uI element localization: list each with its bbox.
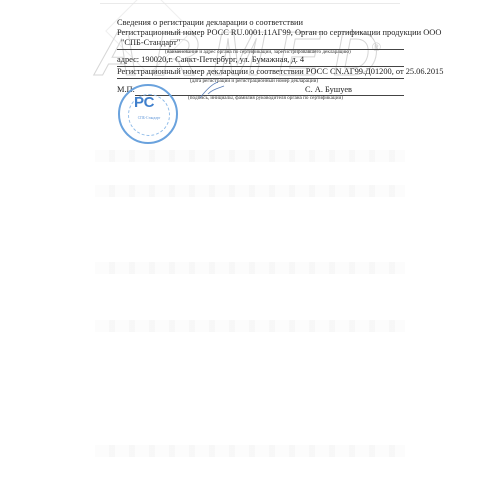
watermark-band [95, 320, 405, 332]
signer-name: С. А. Бушуев [305, 85, 352, 95]
address-text: адрес: 190020,г. Санкт-Петербург, ул. Бу… [117, 55, 304, 65]
registration-body-line: Регистрационный номер РОСС RU.0001.11АГ9… [117, 28, 441, 38]
declaration-registration: Регистрационный номер декларации о соотв… [117, 67, 443, 77]
watermark-band [95, 150, 405, 162]
official-stamp: РС СПБ-Стандарт [118, 84, 178, 144]
stamp-logo-icon: РС [134, 94, 154, 111]
signature-icon [198, 80, 228, 100]
organization-name: "СПБ-Стандарт" [121, 38, 180, 48]
watermark-band [95, 185, 405, 197]
watermark-band [95, 262, 405, 274]
document-page: ARMED ® Сведения о регистрации деклараци… [0, 0, 500, 500]
stamp-text: СПБ-Стандарт [135, 116, 163, 120]
watermark-band [95, 445, 405, 457]
heading-text: Сведения о регистрации декларации о соот… [117, 18, 303, 28]
watermark-registered-icon: ® [372, 40, 381, 54]
